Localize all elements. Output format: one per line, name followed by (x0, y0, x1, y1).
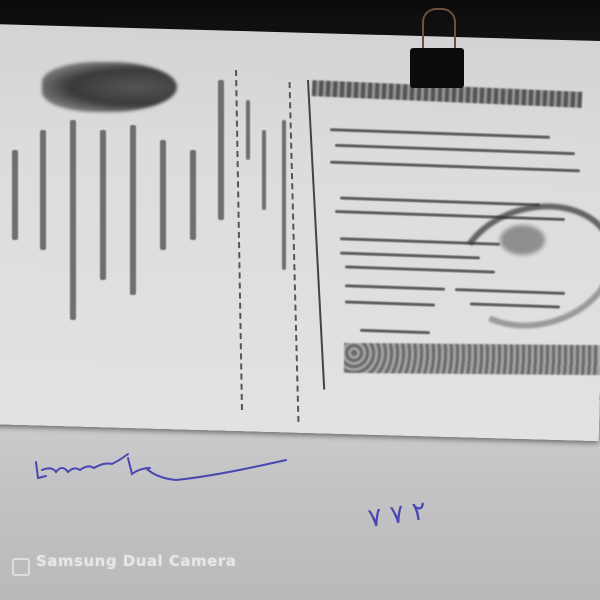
watermark-title: Samsung Dual Camera (36, 552, 236, 570)
text-column (246, 100, 250, 160)
watermark-subtitle (72, 570, 236, 582)
text-column (218, 80, 224, 220)
text-column (190, 150, 196, 240)
camera-icon (12, 558, 30, 576)
text-column (160, 140, 166, 250)
text-column (100, 130, 106, 280)
portrait-photo (42, 62, 177, 112)
text-column (262, 130, 266, 210)
photo-scene: ٢ ٧ ٧ Samsung Dual Camera (0, 0, 600, 600)
stamp-center (500, 225, 545, 255)
text-column (70, 120, 76, 320)
handwritten-signature (28, 448, 298, 493)
text-column (12, 150, 18, 240)
decorative-border-bottom (344, 343, 600, 375)
binder-clip-icon (406, 8, 466, 86)
text-column (40, 130, 46, 250)
camera-watermark: Samsung Dual Camera (12, 552, 236, 582)
text-column (282, 120, 286, 270)
text-column (130, 125, 136, 295)
